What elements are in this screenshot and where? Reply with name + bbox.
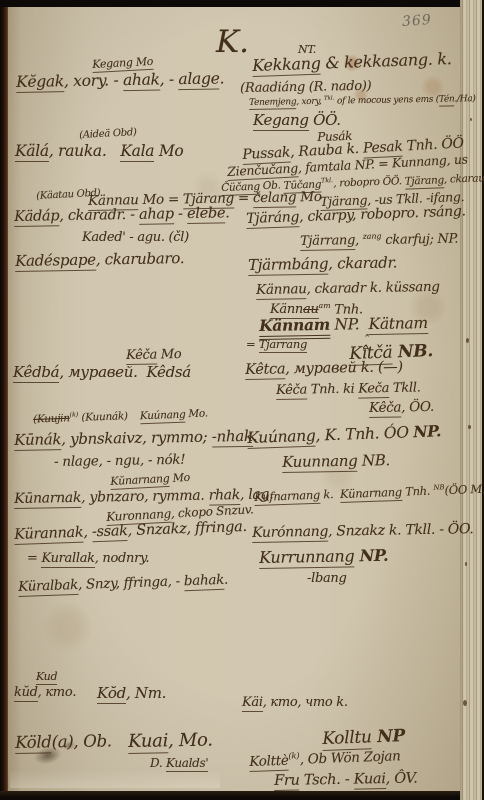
manuscript-line: Kegang ÖÖ. [253, 113, 341, 128]
edge-ink-speck [466, 338, 469, 343]
edge-ink-speck [470, 118, 472, 121]
edge-ink-speck [463, 700, 467, 706]
manuscript-line: Kegang Mo [92, 56, 153, 70]
manuscript-line: Kännam NP. Kätnam [259, 315, 428, 334]
book-spine-edge [0, 0, 8, 800]
manuscript-line: -lbang [307, 572, 347, 585]
manuscript-line: Kaded' - agu. (čl) [82, 231, 189, 244]
page-curl-highlight [10, 770, 220, 788]
scanned-manuscript-page: 369 K. Kegang MoKĕgak, xory. - ahak, - a… [0, 0, 484, 800]
manuscript-line: Kolltu NP [322, 728, 405, 748]
edge-ink-speck [465, 562, 467, 566]
manuscript-line: Kuunnang NB. [282, 453, 390, 470]
manuscript-line: Köld(a), Ob. [15, 733, 112, 751]
manuscript-line: Kêča, ÖO. [369, 401, 434, 416]
manuscript-line: Kud [36, 671, 57, 682]
manuscript-line: Kurónnang, Snzakz k. Tkll. - ÖO. [252, 522, 474, 540]
manuscript-line: Kurrunnang NP. [259, 548, 388, 566]
manuscript-line: (Raadiáng (R. nado)) [240, 80, 371, 95]
manuscript-line: - nlage, - ngu, - nók! [54, 454, 185, 470]
manuscript-line: Kêdbá, муравей. Kêdsá [13, 365, 191, 380]
manuscript-line: Kêtca, муравей k. (—) [245, 360, 403, 377]
page-number: 369 [401, 12, 432, 30]
manuscript-line: D. Kualds' [150, 757, 208, 769]
manuscript-line: Kälá, rauka. Kala Mo [15, 144, 183, 160]
photo-edge-top [0, 0, 484, 7]
manuscript-line: Kadéspape, ckarubaro. [15, 251, 184, 269]
manuscript-line: Kĕgak, xory. - ahak, - alage. [16, 71, 224, 90]
manuscript-line: Kännau, ckaradr k. küssang [256, 281, 440, 298]
manuscript-line: Kädáp, ckaradr. - ahap - elebe. [14, 206, 230, 224]
manuscript-line: = Kurallak, nodnry. [27, 552, 149, 565]
manuscript-line: Kūnák, ybnskaivz, rymmo; -nhak. [14, 429, 257, 448]
manuscript-line: Tjärrang, zang ckarfuj; NP. [300, 231, 458, 248]
manuscript-line: Kŏd, Nm. [97, 686, 166, 701]
manuscript-line: = Tjarrang [246, 339, 307, 351]
manuscript-line: Tjärmbáng, ckaradr. [248, 255, 397, 273]
page-stack-edge [460, 0, 484, 800]
manuscript-line: Kêča Tnh. ki Keča Tkll. [276, 381, 421, 397]
manuscript-line: Fru Tsch. - Kuai, ÔV. [274, 771, 418, 788]
manuscript-line: Kuai, Mo. [128, 732, 213, 751]
photo-edge-bottom [0, 791, 484, 800]
section-letter-heading: K. [216, 24, 249, 60]
manuscript-line: Kêča Mo [126, 348, 181, 362]
manuscript-line: kŭd, кто. [14, 686, 76, 699]
edge-ink-speck [468, 425, 471, 429]
manuscript-line: Käi, кто, что k. [242, 696, 348, 709]
